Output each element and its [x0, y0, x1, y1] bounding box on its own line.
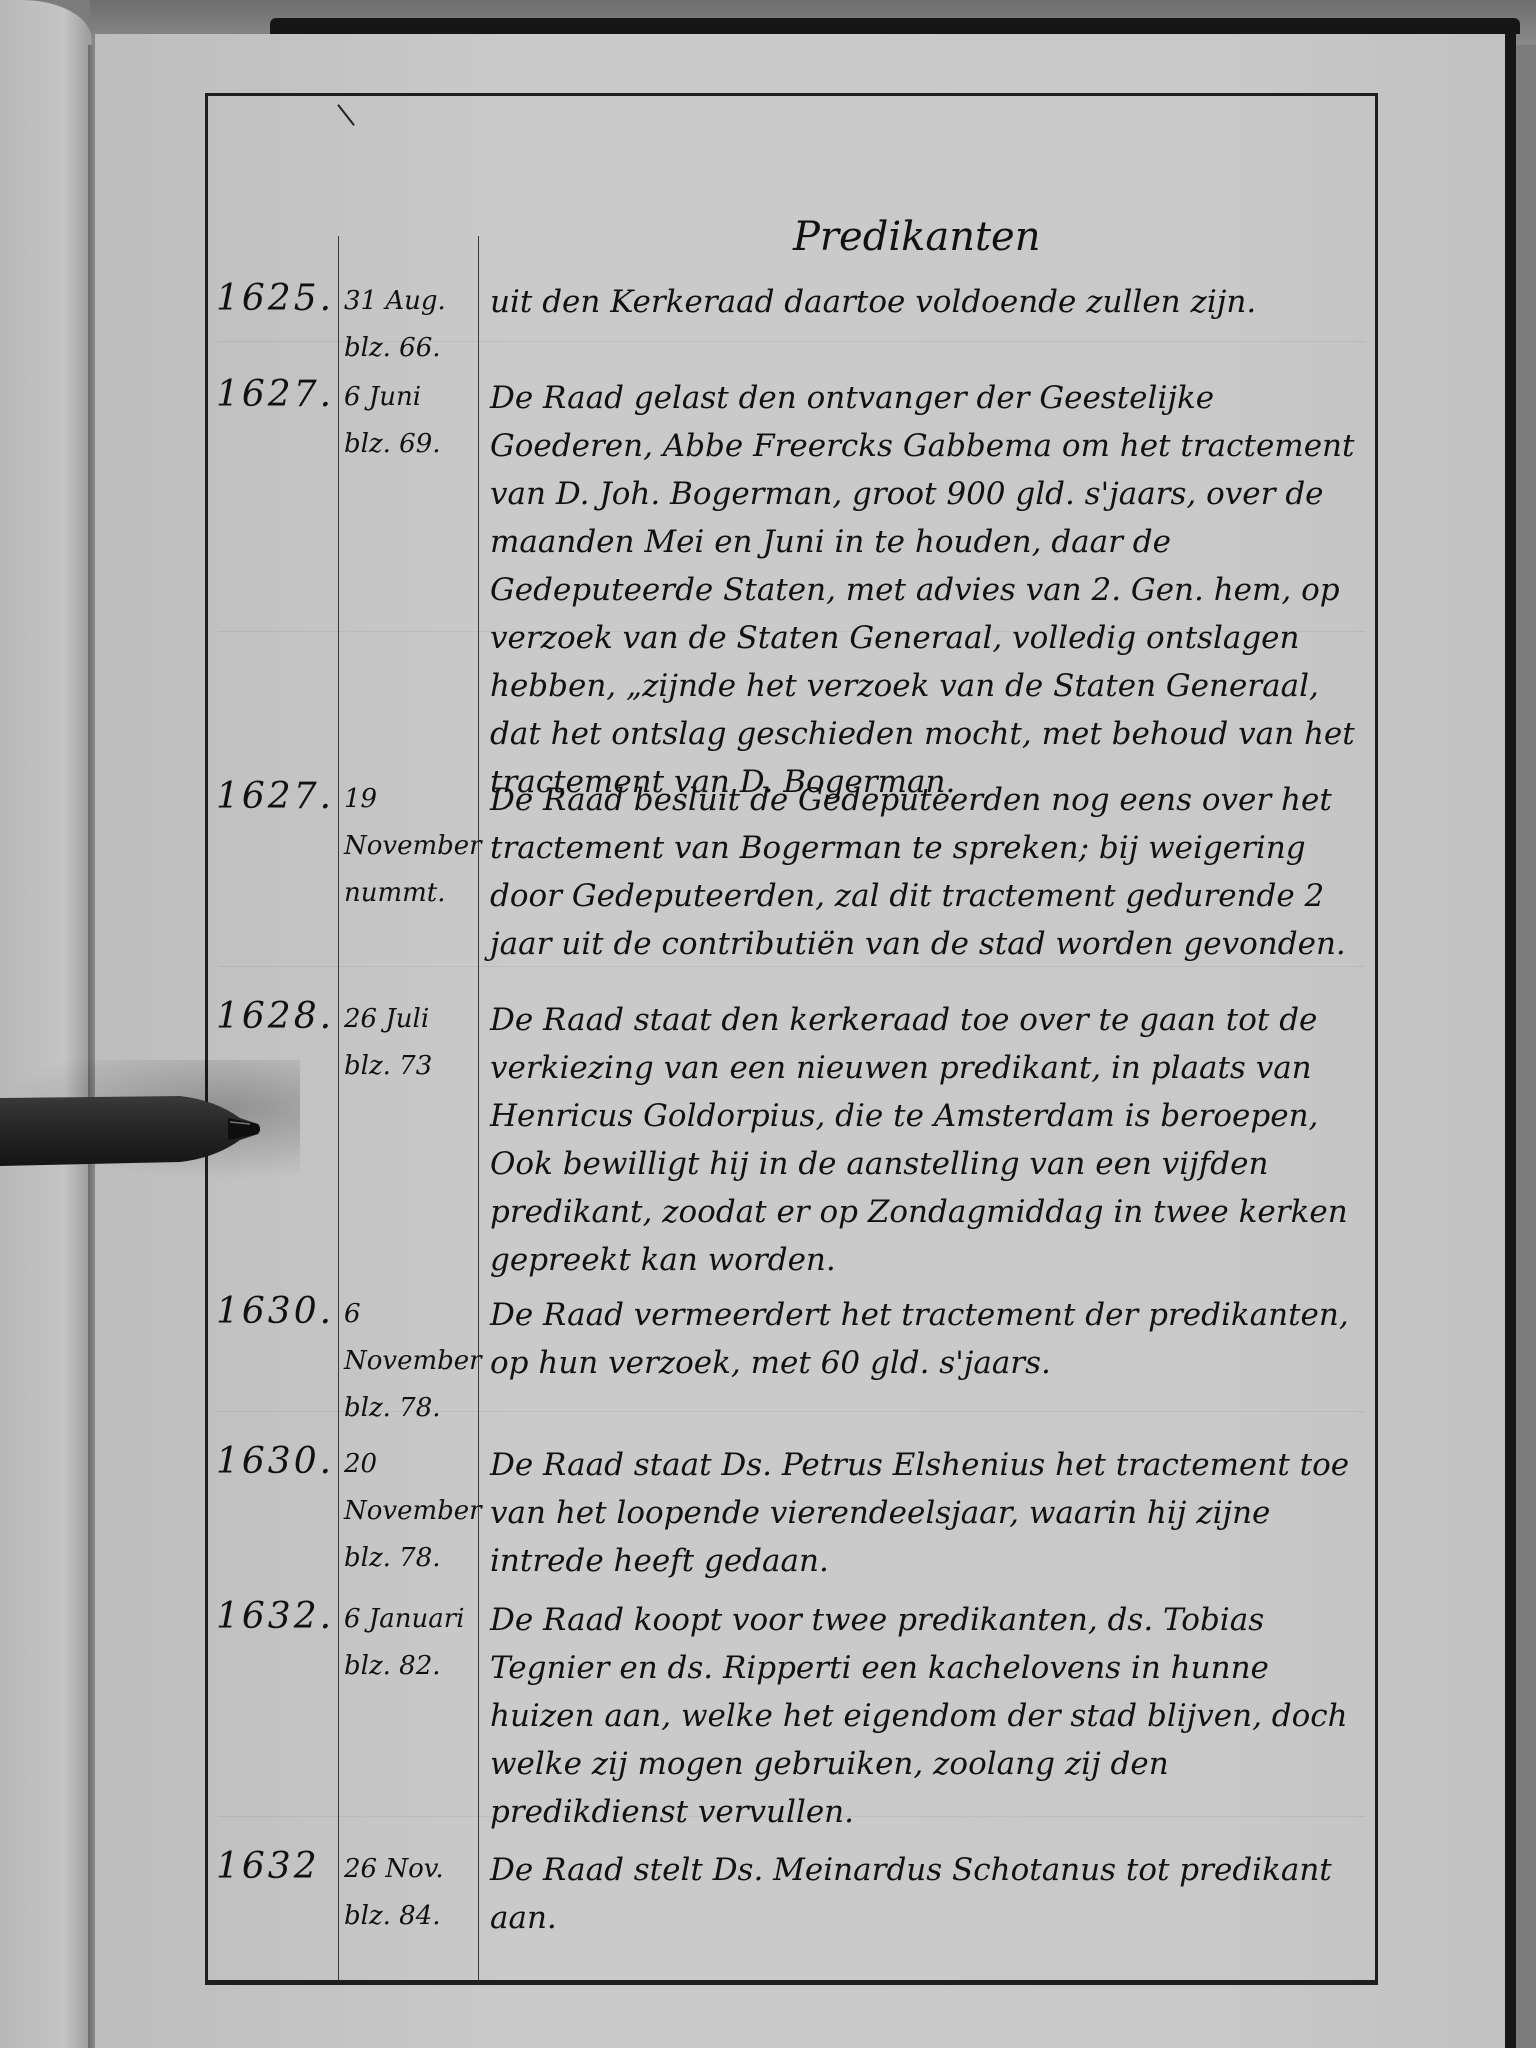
- entry-text: De Raad stelt Ds. Meinardus Schotanus to…: [490, 1846, 1360, 1942]
- entry-year: 1632: [216, 1846, 336, 1887]
- entry-year: 1625.: [216, 278, 336, 319]
- entry-date-ref: 31 Aug. blz. 66.: [344, 278, 476, 372]
- column-divider-year: [338, 236, 339, 1980]
- entry-year: 1628.: [216, 996, 336, 1037]
- ledger-frame: Predikanten 1625. 31 Aug. blz. 66. uit d…: [205, 93, 1378, 1985]
- entry-text: De Raad koopt voor twee predikanten, ds.…: [490, 1596, 1360, 1836]
- page-title: Predikanten: [793, 214, 1040, 260]
- right-page: Predikanten 1625. 31 Aug. blz. 66. uit d…: [95, 34, 1505, 2048]
- entry-date-ref: 6 Januari blz. 82.: [344, 1596, 476, 1690]
- entry-text: De Raad staat den kerkeraad toe over te …: [490, 996, 1360, 1284]
- entry-text: De Raad vermeerdert het tractement der p…: [490, 1291, 1360, 1387]
- entry-year: 1630.: [216, 1441, 336, 1482]
- entry-date-ref: 6 November blz. 78.: [344, 1291, 476, 1432]
- entry-year: 1630.: [216, 1291, 336, 1332]
- entry-date-ref: 20 November blz. 78.: [344, 1441, 476, 1582]
- left-page-edge: [0, 0, 92, 2048]
- entry-year: 1627.: [216, 776, 336, 817]
- entry-text: uit den Kerkeraad daartoe voldoende zull…: [490, 278, 1360, 326]
- entry-text: De Raad staat Ds. Petrus Elshenius het t…: [490, 1441, 1360, 1585]
- ballpoint-pen-icon: [0, 1088, 262, 1170]
- entry-year: 1632.: [216, 1596, 336, 1637]
- book-cover-top-edge: [270, 18, 1520, 34]
- entry-date-ref: 19 November nummt.: [344, 776, 476, 917]
- entry-year: 1627.: [216, 374, 336, 415]
- column-divider-ref: [478, 236, 479, 1980]
- entry-text: De Raad besluit de Gedeputeerden nog een…: [490, 776, 1360, 968]
- entry-date-ref: 26 Nov. blz. 84.: [344, 1846, 476, 1940]
- entry-text: De Raad gelast den ontvanger der Geestel…: [490, 374, 1360, 806]
- entry-date-ref: 6 Juni blz. 69.: [344, 374, 476, 468]
- entry-date-ref: 26 Juli blz. 73: [344, 996, 476, 1090]
